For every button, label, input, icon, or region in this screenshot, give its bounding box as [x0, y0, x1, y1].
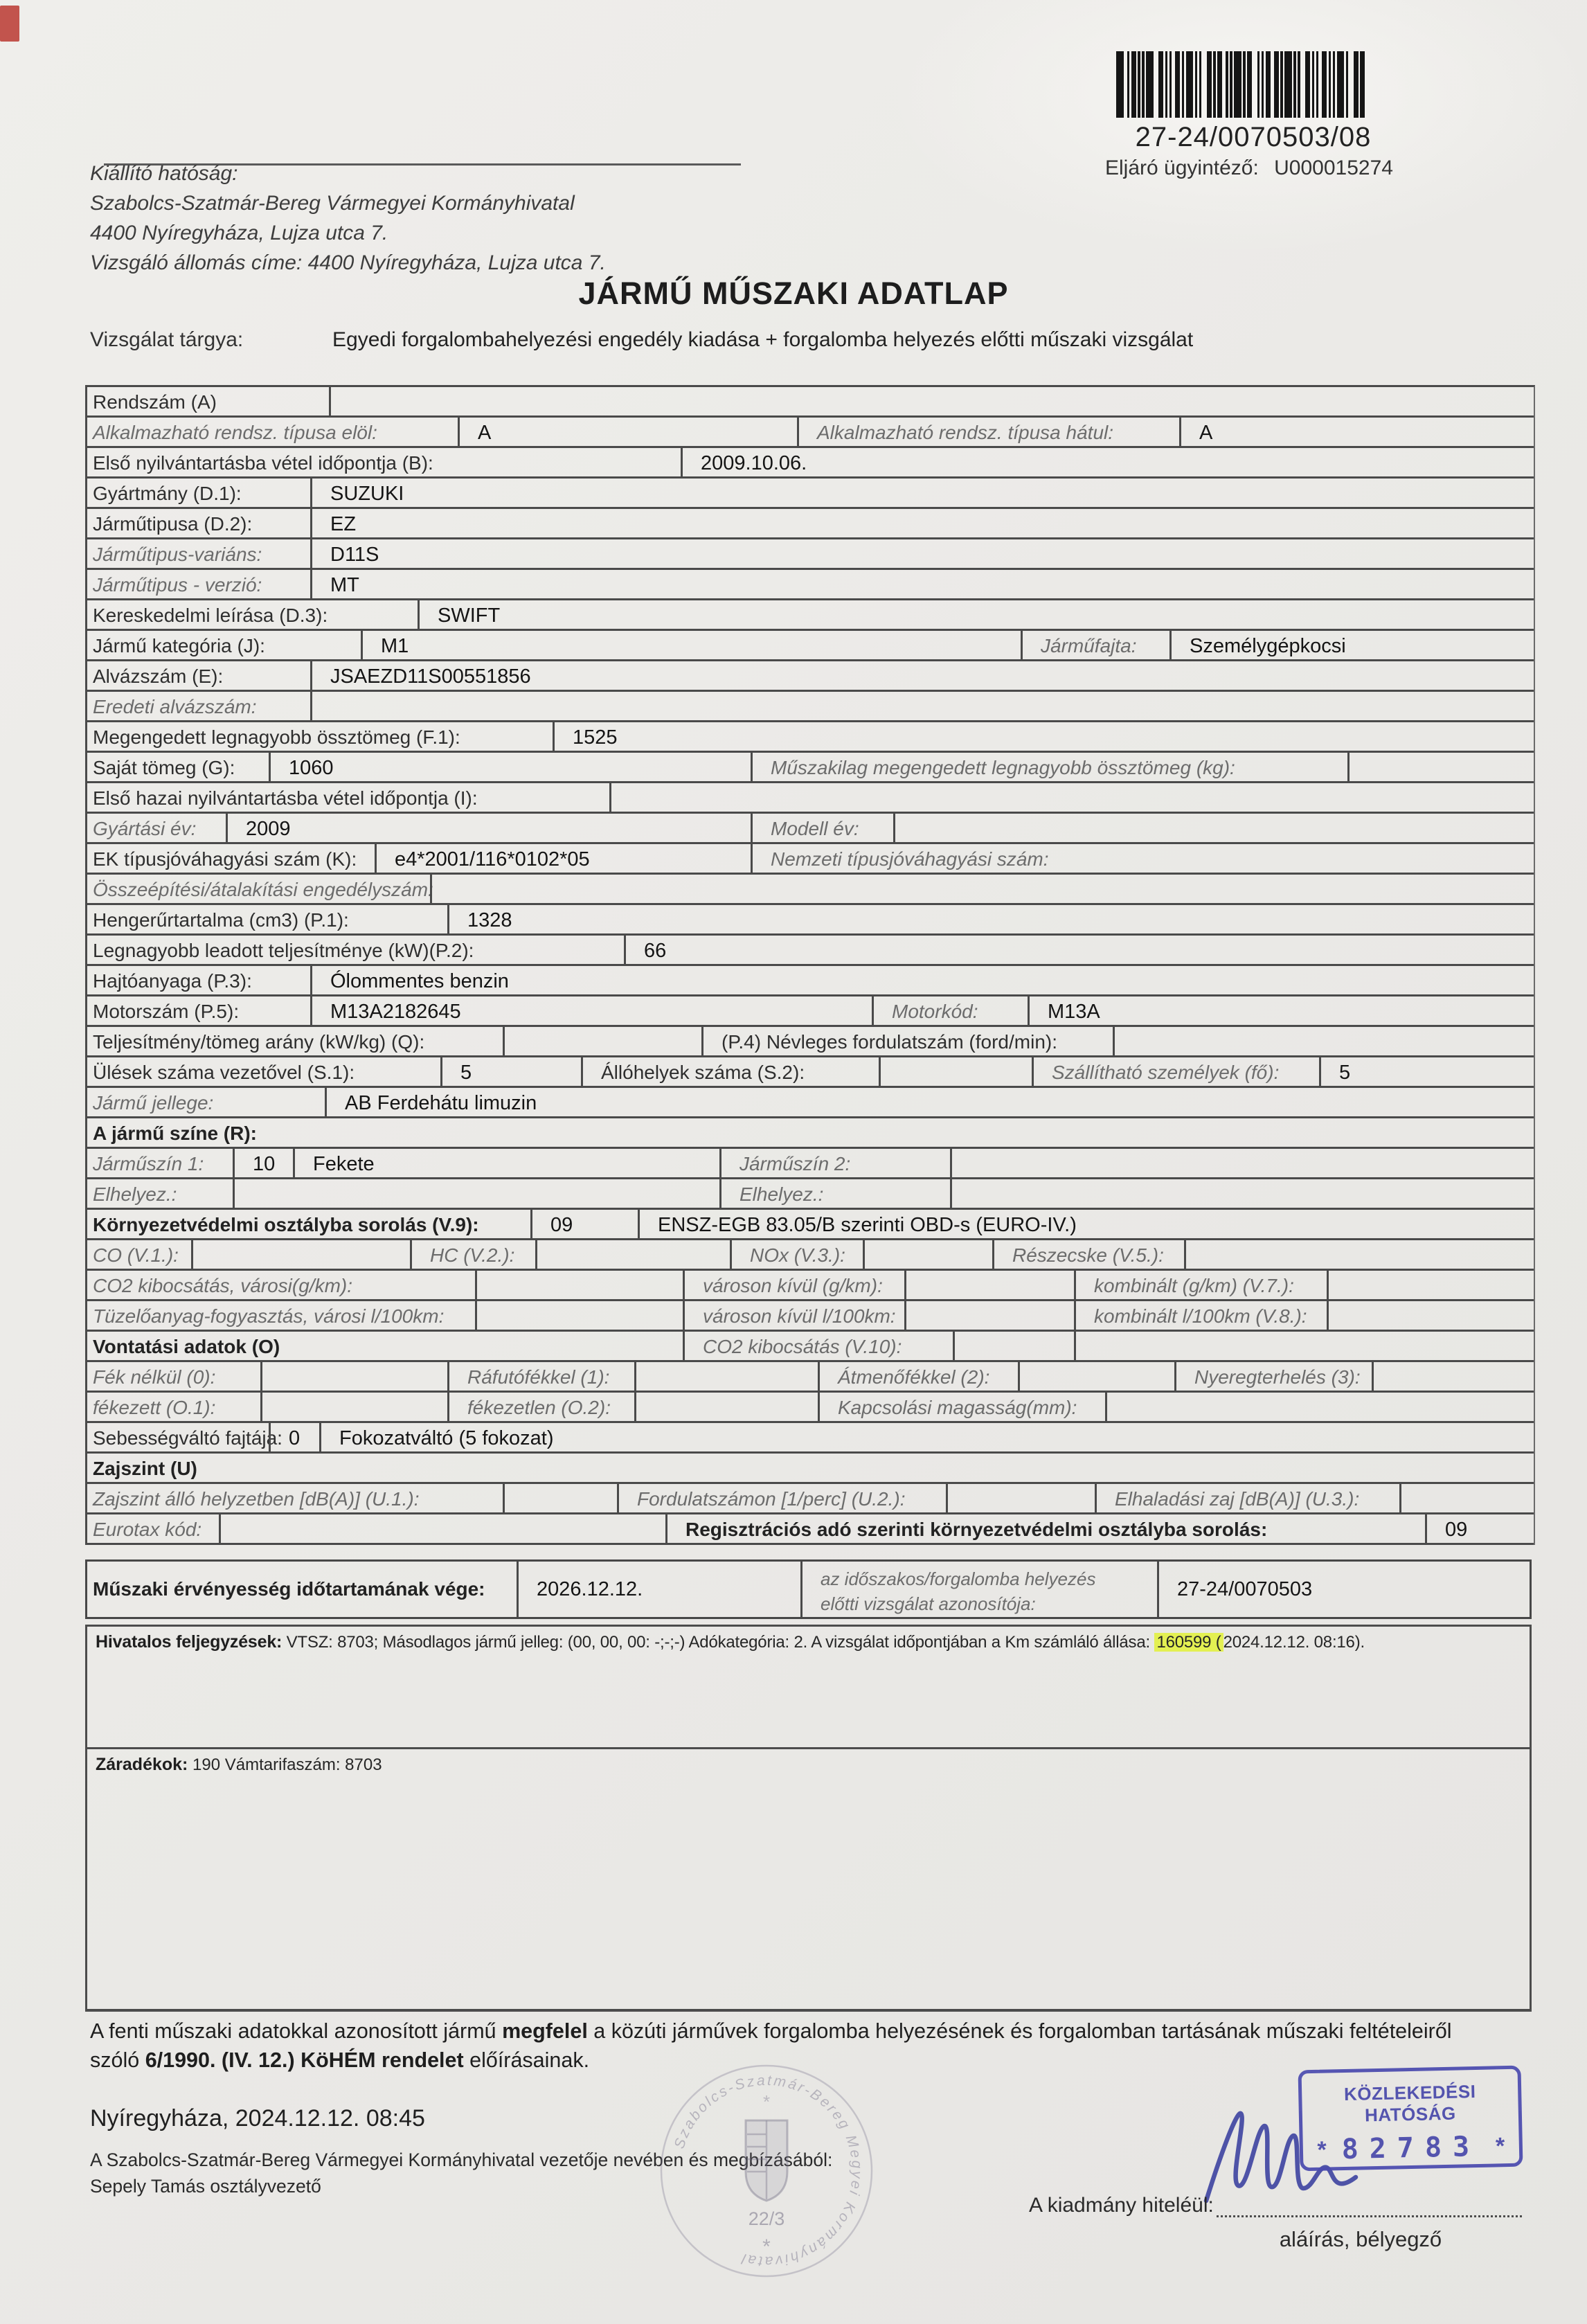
field-value: 09	[1425, 1514, 1467, 1543]
field-value: 10	[233, 1149, 275, 1177]
field-label: Elhelyez.:	[719, 1179, 823, 1208]
field-value: e4*2001/116*0102*05	[375, 844, 590, 873]
field-label: Fék nélkül (0):	[93, 1362, 215, 1391]
field-label: Elhelyez.:	[93, 1179, 177, 1208]
barcode-bar	[1217, 51, 1222, 118]
field-value	[1399, 1484, 1419, 1512]
barcode-bar	[1346, 51, 1349, 118]
field-value	[475, 1301, 495, 1330]
field-label: Ráfutófékkel (1):	[447, 1362, 609, 1391]
field-label: Zajszint álló helyzetben [dB(A)] (U.1.):	[93, 1484, 420, 1512]
field-label: Regisztrációs adó szerinti környezetvéde…	[665, 1514, 1267, 1543]
field-value: Ólommentes benzin	[310, 966, 509, 994]
field-label: városon kívül l/100km:	[683, 1301, 896, 1330]
stamp-star-left: *	[1317, 2136, 1327, 2163]
barcode-bar	[1230, 51, 1232, 118]
barcode-bar	[1257, 51, 1260, 118]
table-row: Alkalmazható rendsz. típusa elöl:AAlkalm…	[87, 418, 1534, 448]
compliance-text-4: előírásainak.	[464, 2048, 589, 2072]
barcode-bar	[1262, 51, 1264, 118]
field-value: 66	[624, 936, 666, 964]
field-label: CO (V.1.):	[93, 1240, 179, 1269]
field-label: Műszakilag megengedett legnagyobb össztö…	[751, 753, 1235, 781]
field-value: 27-24/0070503	[1157, 1562, 1312, 1617]
field-value	[503, 1027, 523, 1055]
compliance-line-1: A fenti műszaki adatokkal azonosított já…	[90, 2019, 1537, 2044]
field-label: Átmenőfékkel (2):	[818, 1362, 989, 1391]
table-row: Jármű jellege:AB Ferdehátu limuzin	[87, 1088, 1534, 1118]
field-label: Hajtóanyaga (P.3):	[93, 966, 252, 994]
field-label: Környezetvédelmi osztályba sorolás (V.9)…	[93, 1210, 479, 1238]
field-label: Gyártmány (D.1):	[93, 479, 242, 507]
field-value: 2026.12.12.	[517, 1562, 643, 1617]
field-label: kombinált (g/km) (V.7.):	[1074, 1271, 1294, 1299]
barcode-bar	[1131, 51, 1136, 118]
field-value	[260, 1362, 280, 1391]
field-label: Motorkód:	[872, 996, 978, 1025]
table-row: Vontatási adatok (O)CO2 kibocsátás (V.10…	[87, 1332, 1534, 1362]
field-label: Gyártási év:	[93, 814, 196, 842]
barcode-bar	[1305, 51, 1310, 118]
field-value	[879, 1057, 899, 1086]
table-row: Zajszint álló helyzetben [dB(A)] (U.1.):…	[87, 1484, 1534, 1514]
compliance-bold-decree: 6/1990. (IV. 12.) KöHÉM rendelet	[145, 2048, 464, 2072]
clauses-box: Záradékok: 190 Vámtarifaszám: 8703	[85, 1749, 1532, 2012]
table-row: Ülések száma vezetővel (S.1):5Állóhelyek…	[87, 1057, 1534, 1088]
field-label: Modell év:	[751, 814, 859, 842]
field-value: MT	[310, 570, 359, 598]
table-row: Teljesítmény/tömeg arány (kW/kg) (Q):(P.…	[87, 1027, 1534, 1057]
field-value	[1184, 1240, 1204, 1269]
round-stamp-code: 22/3	[748, 2208, 785, 2229]
table-row: Első hazai nyilvántartásba vétel időpont…	[87, 783, 1534, 814]
field-label: Első hazai nyilvántartásba vétel időpont…	[93, 783, 478, 812]
field-value: Fokozatváltó (5 fokozat)	[319, 1423, 553, 1451]
field-value: 0	[269, 1423, 300, 1451]
barcode-bar	[1298, 51, 1300, 118]
table-row: A jármű színe (R):	[87, 1118, 1534, 1149]
transport-authority-stamp: KÖZLEKEDÉSI HATÓSÁG * 82783 *	[1298, 2066, 1523, 2172]
barcode-bar	[1186, 51, 1194, 118]
field-value	[1074, 1332, 1094, 1360]
field-label: Rendszám (A)	[93, 387, 217, 415]
field-label: fékezetlen (O.2):	[447, 1393, 611, 1421]
round-official-stamp: Szabolcs-Szatmár-Bereg Megyei Kormányhiv…	[652, 2057, 881, 2285]
table-row: Eurotax kód:Regisztrációs adó szerinti k…	[87, 1514, 1534, 1545]
field-label: Hengerűrtartalma (cm3) (P.1):	[93, 905, 349, 933]
field-value	[1372, 1362, 1392, 1391]
field-value: 2009.10.06.	[681, 448, 807, 476]
attestation-line: A kiadmány hiteléül:	[1029, 2194, 1522, 2217]
km-reading-highlight: 160599 (	[1154, 1633, 1223, 1652]
table-row: Műszaki érvényesség időtartamának vége:2…	[87, 1562, 1530, 1617]
field-value	[1327, 1301, 1347, 1330]
field-label: Járműfajta:	[1021, 631, 1137, 659]
barcode-bar	[1116, 51, 1124, 118]
barcode-bar	[1322, 51, 1327, 118]
coat-of-arms	[746, 2120, 787, 2201]
table-row: Járműtipus-variáns:D11S	[87, 539, 1534, 570]
barcode-bar	[1207, 51, 1212, 118]
barcode-bar	[1284, 51, 1292, 118]
field-value	[953, 1332, 973, 1360]
barcode	[1116, 51, 1392, 118]
field-label: Kereskedelmi leírása (D.3):	[93, 600, 328, 629]
field-label: Összeépítési/átalakítási engedélyszám:	[93, 875, 433, 903]
field-label: Ülések száma vezetővel (S.1):	[93, 1057, 355, 1086]
barcode-bar	[1243, 51, 1246, 118]
field-value	[1347, 753, 1368, 781]
barcode-bar	[1266, 51, 1271, 118]
field-value	[946, 1484, 966, 1512]
table-row: Sebességváltó fajtája:0Fokozatváltó (5 f…	[87, 1423, 1534, 1454]
attestation-label: A kiadmány hiteléül:	[1029, 2194, 1214, 2217]
barcode-bar	[1142, 51, 1145, 118]
field-label: Műszaki érvényesség időtartamának vége:	[93, 1562, 485, 1617]
barcode-bar	[1199, 51, 1202, 118]
table-row: Járműszín 1:10FeketeJárműszín 2:	[87, 1149, 1534, 1179]
field-value	[535, 1240, 555, 1269]
official-notes-label: Hivatalos feljegyzések:	[96, 1632, 282, 1652]
field-label: Jármű jellege:	[93, 1088, 213, 1116]
table-row: Járműtipus - verzió:MT	[87, 570, 1534, 600]
field-value	[904, 1301, 924, 1330]
table-row: Fék nélkül (0):Ráfutófékkel (1):Átmenőfé…	[87, 1362, 1534, 1393]
authority-stamp-number: 82783	[1341, 2131, 1480, 2165]
case-officer-label: Eljáró ügyintéző:	[1105, 157, 1259, 179]
field-label: Alvázszám (E):	[93, 661, 223, 690]
stamp-star-right: *	[1496, 2133, 1505, 2160]
issuer-label: Kiállító hatóság:	[90, 162, 237, 186]
field-value	[1018, 1362, 1038, 1391]
field-label: az időszakos/forgalomba helyezés előtti …	[800, 1562, 1095, 1617]
field-label: Nemzeti típusjóváhagyási szám:	[751, 844, 1049, 873]
barcode-bar	[1274, 51, 1279, 118]
barcode-bar	[1280, 51, 1283, 118]
page-title: JÁRMŰ MŰSZAKI ADATLAP	[0, 276, 1587, 312]
case-officer-value: U000015274	[1274, 157, 1393, 179]
field-value: EZ	[310, 509, 356, 537]
field-value: SWIFT	[418, 600, 500, 629]
field-value	[609, 783, 629, 812]
barcode-bar	[1226, 51, 1228, 118]
scan-corner-mark	[0, 6, 19, 42]
round-stamp-top-star: *	[763, 2091, 770, 2112]
barcode-bar	[1182, 51, 1185, 118]
table-row: EK típusjóváhagyási szám (K):e4*2001/116…	[87, 844, 1534, 875]
field-label: Elhaladási zaj [dB(A)] (U.3.):	[1095, 1484, 1359, 1512]
table-row: Gyártmány (D.1):SUZUKI	[87, 479, 1534, 509]
field-label: Járműtipusa (D.2):	[93, 509, 252, 537]
field-value	[233, 1179, 253, 1208]
field-value: 1060	[269, 753, 334, 781]
compliance-text-3: szóló	[90, 2048, 145, 2072]
field-value	[1327, 1271, 1347, 1299]
validity-table: Műszaki érvényesség időtartamának vége:2…	[85, 1559, 1532, 1619]
field-label: (P.4) Névleges fordulatszám (ford/min):	[701, 1027, 1057, 1055]
field-label: Nyeregterhelés (3):	[1174, 1362, 1361, 1391]
scanned-document-page: Kiállító hatóság: Szabolcs-Szatmár-Bereg…	[0, 0, 1587, 2324]
attestation-caption: aláírás, bélyegző	[1246, 2227, 1475, 2252]
field-label: Járműszín 1:	[93, 1149, 204, 1177]
table-row: Motorszám (P.5):M13A2182645Motorkód:M13A	[87, 996, 1534, 1027]
signer-line: Sepely Tamás osztályvezető	[90, 2176, 321, 2197]
table-row: Megengedett legnagyobb össztömeg (F.1):1…	[87, 722, 1534, 753]
attestation-dotted-line	[1217, 2199, 1522, 2217]
city-date-line: Nyíregyháza, 2024.12.12. 08:45	[90, 2105, 425, 2132]
subject-label: Vizsgálat tárgya:	[90, 328, 243, 352]
table-row: Alvázszám (E):JSAEZD11S00551856	[87, 661, 1534, 692]
barcode-bar	[1195, 51, 1198, 118]
barcode-bar	[1169, 51, 1172, 118]
field-label: EK típusjóváhagyási szám (K):	[93, 844, 357, 873]
field-value	[503, 1484, 523, 1512]
field-value: M13A	[1028, 996, 1100, 1025]
official-notes-line: Hivatalos feljegyzések: VTSZ: 8703; Máso…	[96, 1632, 1521, 1652]
field-value	[634, 1362, 654, 1391]
field-value: M1	[361, 631, 409, 659]
barcode-bar	[1127, 51, 1130, 118]
field-value	[191, 1240, 211, 1269]
barcode-bar	[1247, 51, 1252, 118]
barcode-bar	[1213, 51, 1216, 118]
official-notes-box: Hivatalos feljegyzések: VTSZ: 8703; Máso…	[85, 1625, 1532, 1749]
field-value	[1113, 1027, 1133, 1055]
compliance-text: A fenti műszaki adatokkal azonosított já…	[90, 2019, 502, 2043]
inspection-station-line: Vizsgáló állomás címe: 4400 Nyíregyháza,…	[90, 251, 606, 275]
table-row: CO2 kibocsátás, városi(g/km):városon kív…	[87, 1271, 1534, 1301]
round-stamp-bottom-star: *	[762, 2235, 771, 2258]
table-row: CO (V.1.):HC (V.2.):NOx (V.3.):Részecske…	[87, 1240, 1534, 1271]
field-value: A	[1179, 418, 1212, 446]
barcode-bar	[1354, 51, 1359, 118]
barcode-bar	[1293, 51, 1296, 118]
field-label: Járműszín 2:	[719, 1149, 850, 1177]
field-label: Állóhelyek száma (S.2):	[581, 1057, 805, 1086]
field-value	[260, 1393, 280, 1421]
compliance-bold-megfelel: megfelel	[502, 2019, 588, 2043]
barcode-bar	[1333, 51, 1336, 118]
field-label: Szállítható személyek (fő):	[1032, 1057, 1279, 1086]
field-label: Alkalmazható rendsz. típusa hátul:	[797, 418, 1113, 446]
field-value: Személygépkocsi	[1169, 631, 1346, 659]
field-label: CO2 kibocsátás (V.10):	[683, 1332, 902, 1360]
field-value	[950, 1179, 970, 1208]
field-label: HC (V.2.):	[410, 1240, 514, 1269]
authority-stamp-number-row: * 82783 *	[1302, 2130, 1519, 2167]
barcode-bar	[1165, 51, 1168, 118]
field-value	[950, 1149, 970, 1177]
barcode-bar	[1316, 51, 1319, 118]
field-label: Járműtipus-variáns:	[93, 539, 262, 568]
field-value	[329, 387, 349, 415]
field-label: Motorszám (P.5):	[93, 996, 239, 1025]
field-value	[863, 1240, 883, 1269]
table-row: Eredeti alvázszám:	[87, 692, 1534, 722]
field-value: 1525	[553, 722, 618, 751]
field-label: Tüzelőanyag-fogyasztás, városi l/100km:	[93, 1301, 444, 1330]
field-value: Fekete	[293, 1149, 375, 1177]
barcode-bar	[1175, 51, 1180, 118]
barcode-bar	[1312, 51, 1315, 118]
field-value: 1328	[447, 905, 512, 933]
field-label: Alkalmazható rendsz. típusa elöl:	[93, 418, 377, 446]
field-label: Saját tömeg (G):	[93, 753, 235, 781]
table-row: Zajszint (U)	[87, 1454, 1534, 1484]
field-label: CO2 kibocsátás, városi(g/km):	[93, 1271, 352, 1299]
table-row: Kereskedelmi leírása (D.3):SWIFT	[87, 600, 1534, 631]
clauses-label: Záradékok:	[96, 1755, 188, 1774]
clauses-text: 190 Vámtarifaszám: 8703	[188, 1755, 382, 1774]
field-label: Első nyilvántartásba vétel időpontja (B)…	[93, 448, 433, 476]
barcode-bar	[1146, 51, 1154, 118]
field-value: 2009	[226, 814, 291, 842]
field-label: A jármű színe (R):	[93, 1118, 257, 1147]
field-value: JSAEZD11S00551856	[310, 661, 531, 690]
table-row: Első nyilvántartásba vétel időpontja (B)…	[87, 448, 1534, 479]
field-value: 09	[530, 1210, 573, 1238]
table-row: Járműtipusa (D.2):EZ	[87, 509, 1534, 539]
field-value: 5	[1319, 1057, 1350, 1086]
field-value	[893, 814, 913, 842]
table-row: Rendszám (A)	[87, 387, 1534, 418]
issuer-address: 4400 Nyíregyháza, Lujza utca 7.	[90, 222, 388, 245]
official-notes-text: VTSZ: 8703; Másodlagos jármű jelleg: (00…	[282, 1633, 1154, 1652]
field-value: AB Ferdehátu limuzin	[325, 1088, 537, 1116]
barcode-bar	[1138, 51, 1140, 118]
barcode-bar	[1360, 51, 1365, 118]
field-label: Fordulatszámon [1/perc] (U.2.):	[617, 1484, 905, 1512]
case-officer-line: Eljáró ügyintéző: U000015274	[1105, 157, 1393, 180]
table-row: Hengerűrtartalma (cm3) (P.1):1328	[87, 905, 1534, 936]
field-label: NOx (V.3.):	[730, 1240, 845, 1269]
barcode-bar	[1158, 51, 1163, 118]
field-label: Vontatási adatok (O)	[93, 1332, 280, 1360]
table-row: Saját tömeg (G):1060Műszakilag megengede…	[87, 753, 1534, 783]
vehicle-data-table: Rendszám (A)Alkalmazható rendsz. típusa …	[85, 385, 1535, 1545]
field-value	[430, 875, 450, 903]
issuer-name: Szabolcs-Szatmár-Bereg Vármegyei Kormány…	[90, 192, 575, 215]
field-label: Járműtipus - verzió:	[93, 570, 262, 598]
field-value: A	[458, 418, 491, 446]
table-row: fékezett (O.1):fékezetlen (O.2):Kapcsolá…	[87, 1393, 1534, 1423]
field-label: városon kívül (g/km):	[683, 1271, 883, 1299]
field-label: Kapcsolási magasság(mm):	[818, 1393, 1077, 1421]
barcode-bar	[1337, 51, 1345, 118]
field-label: Sebességváltó fajtája:	[93, 1423, 283, 1451]
field-value: M13A2182645	[310, 996, 461, 1025]
field-value	[634, 1393, 654, 1421]
table-row: Elhelyez.:Elhelyez.:	[87, 1179, 1534, 1210]
table-row: Jármű kategória (J):M1Járműfajta:Személy…	[87, 631, 1534, 661]
field-value	[219, 1514, 239, 1543]
table-row: Legnagyobb leadott teljesítménye (kW)(P.…	[87, 936, 1534, 966]
field-value	[1105, 1393, 1125, 1421]
field-value	[904, 1271, 924, 1299]
field-label: Részecske (V.5.):	[992, 1240, 1164, 1269]
table-row: Összeépítési/átalakítási engedélyszám:	[87, 875, 1534, 905]
table-row: Gyártási év:2009Modell év:	[87, 814, 1534, 844]
table-row: Hajtóanyaga (P.3):Ólommentes benzin	[87, 966, 1534, 996]
field-value	[310, 692, 330, 720]
field-label: Teljesítmény/tömeg arány (kW/kg) (Q):	[93, 1027, 424, 1055]
field-label: fékezett (O.1):	[93, 1393, 215, 1421]
field-value: SUZUKI	[310, 479, 404, 507]
barcode-bar	[1329, 51, 1332, 118]
table-row: Környezetvédelmi osztályba sorolás (V.9)…	[87, 1210, 1534, 1240]
field-value	[475, 1271, 495, 1299]
field-label: Eredeti alvázszám:	[93, 692, 257, 720]
barcode-bar	[1234, 51, 1241, 118]
subject-value: Egyedi forgalombahelyezési engedély kiad…	[332, 328, 1193, 352]
authority-stamp-name: KÖZLEKEDÉSI HATÓSÁG	[1302, 2080, 1518, 2128]
field-label: Eurotax kód:	[93, 1514, 201, 1543]
field-label: Legnagyobb leadott teljesítménye (kW)(P.…	[93, 936, 474, 964]
field-label: kombinált l/100km (V.8.):	[1074, 1301, 1307, 1330]
field-value: D11S	[310, 539, 379, 568]
field-value: ENSZ-EGB 83.05/B szerinti OBD-s (EURO-IV…	[638, 1210, 1077, 1238]
field-label: Megengedett legnagyobb össztömeg (F.1):	[93, 722, 460, 751]
barcode-number: 27-24/0070503/08	[1087, 122, 1419, 153]
compliance-text-2: a közúti járművek forgalomba helyezéséne…	[588, 2019, 1452, 2043]
field-value: 5	[440, 1057, 472, 1086]
table-row: Tüzelőanyag-fogyasztás, városi l/100km:v…	[87, 1301, 1534, 1332]
field-label: Jármű kategória (J):	[93, 631, 265, 659]
official-notes-tail: 2024.12.12. 08:16).	[1223, 1633, 1365, 1652]
field-label: Zajszint (U)	[93, 1454, 197, 1482]
